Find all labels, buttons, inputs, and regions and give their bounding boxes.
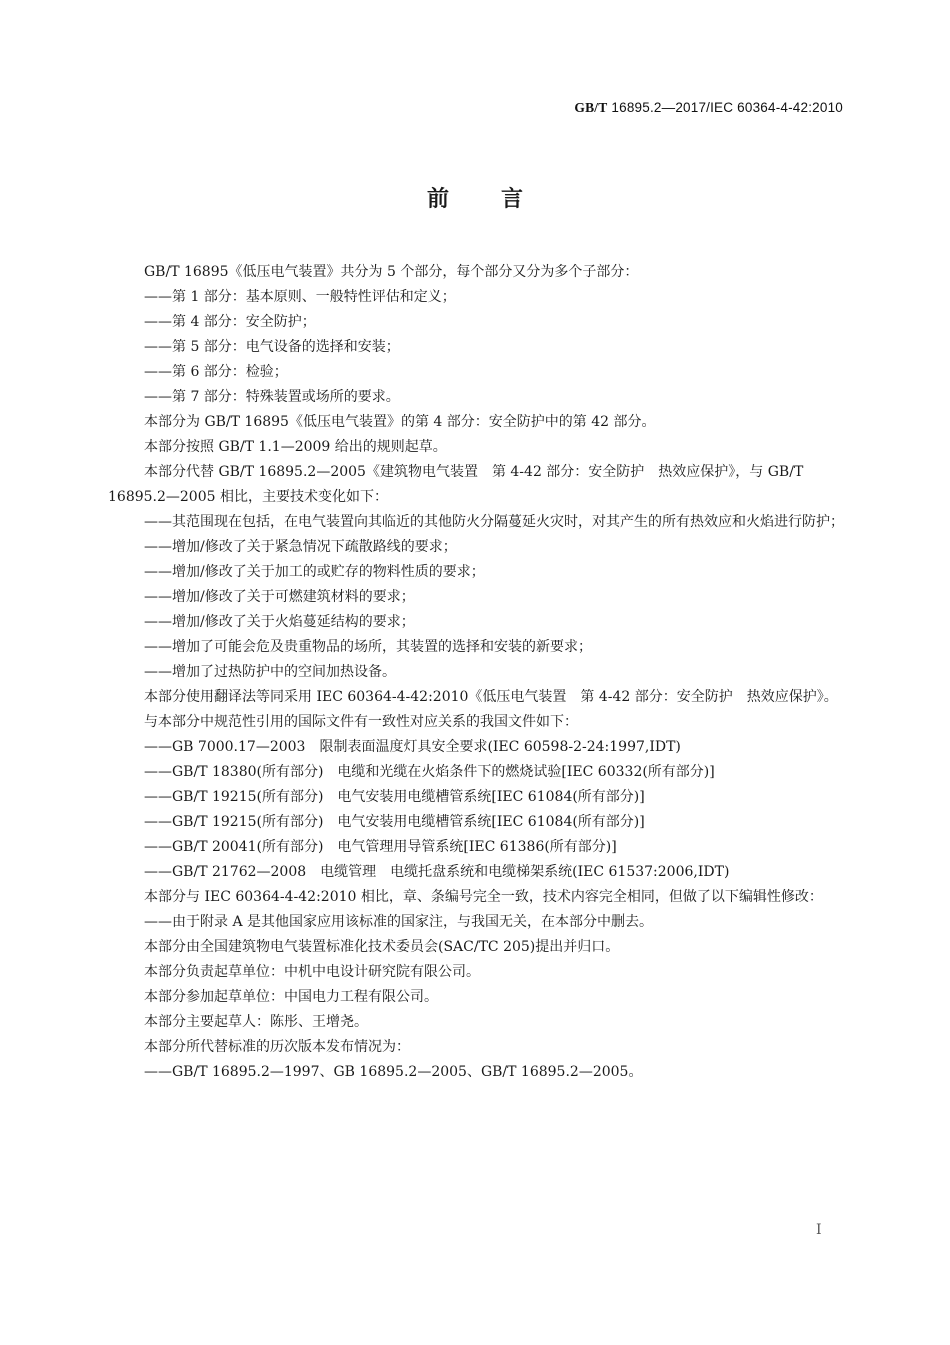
standard-code-header: GB/T 16895.2—2017/IEC 60364-4-42:2010 (574, 100, 843, 116)
paragraph: GB/T 16895《低压电气装置》共分为 5 个部分，每个部分又分为多个子部分… (108, 260, 848, 285)
list-item: ——增加/修改了关于紧急情况下疏散路线的要求； (108, 535, 848, 560)
standard-code-prefix: GB/T (574, 100, 607, 115)
list-item: ——第 4 部分：安全防护； (108, 310, 848, 335)
list-item: ——增加了可能会危及贵重物品的场所，其装置的选择和安装的新要求； (108, 635, 848, 660)
page-number: I (816, 1222, 822, 1238)
paragraph: 与本部分中规范性引用的国际文件有一致性对应关系的我国文件如下： (108, 710, 848, 735)
list-item: ——增加/修改了关于火焰蔓延结构的要求； (108, 610, 848, 635)
list-item: ——GB/T 20041(所有部分) 电气管理用导管系统[IEC 61386(所… (108, 835, 848, 860)
paragraph: 本部分与 IEC 60364-4-42:2010 相比，章、条编号完全一致，技术… (108, 885, 848, 910)
list-item: ——GB/T 19215(所有部分) 电气安装用电缆槽管系统[IEC 61084… (108, 785, 848, 810)
list-item: ——GB/T 19215(所有部分) 电气安装用电缆槽管系统[IEC 61084… (108, 810, 848, 835)
list-item: ——增加/修改了关于加工的或贮存的物料性质的要求； (108, 560, 848, 585)
standard-code-number: 16895.2—2017/IEC 60364-4-42:2010 (607, 100, 843, 115)
list-item: ——第 5 部分：电气设备的选择和安装； (108, 335, 848, 360)
list-item: ——第 7 部分：特殊装置或场所的要求。 (108, 385, 848, 410)
paragraph: 本部分代替 GB/T 16895.2—2005《建筑物电气装置 第 4-42 部… (108, 460, 848, 510)
list-item: ——GB 7000.17—2003 限制表面温度灯具安全要求(IEC 60598… (108, 735, 848, 760)
list-item: ——由于附录 A 是其他国家应用该标准的国家注，与我国无关，在本部分中删去。 (108, 910, 848, 935)
list-item: ——第 1 部分：基本原则、一般特性评估和定义； (108, 285, 848, 310)
paragraph: 本部分使用翻译法等同采用 IEC 60364-4-42:2010《低压电气装置 … (108, 685, 848, 710)
page-title: 前言 (0, 182, 950, 213)
list-item: ——GB/T 18380(所有部分) 电缆和光缆在火焰条件下的燃烧试验[IEC … (108, 760, 848, 785)
paragraph: 本部分参加起草单位：中国电力工程有限公司。 (108, 985, 848, 1010)
list-item: ——增加/修改了关于可燃建筑材料的要求； (108, 585, 848, 610)
paragraph: 本部分负责起草单位：中机中电设计研究院有限公司。 (108, 960, 848, 985)
paragraph: 本部分主要起草人：陈彤、王增尧。 (108, 1010, 848, 1035)
paragraph: 本部分由全国建筑物电气装置标准化技术委员会(SAC/TC 205)提出并归口。 (108, 935, 848, 960)
paragraph: 本部分为 GB/T 16895《低压电气装置》的第 4 部分：安全防护中的第 4… (108, 410, 848, 435)
list-item: ——其范围现在包括，在电气装置向其临近的其他防火分隔蔓延火灾时，对其产生的所有热… (108, 510, 848, 535)
list-item: ——GB/T 21762—2008 电缆管理 电缆托盘系统和电缆梯架系统(IEC… (108, 860, 848, 885)
list-item: ——GB/T 16895.2—1997、GB 16895.2—2005、GB/T… (108, 1060, 848, 1085)
list-item: ——增加了过热防护中的空间加热设备。 (108, 660, 848, 685)
paragraph: 本部分所代替标准的历次版本发布情况为： (108, 1035, 848, 1060)
paragraph: 本部分按照 GB/T 1.1—2009 给出的规则起草。 (108, 435, 848, 460)
foreword-body: GB/T 16895《低压电气装置》共分为 5 个部分，每个部分又分为多个子部分… (108, 260, 848, 1085)
list-item: ——第 6 部分：检验； (108, 360, 848, 385)
